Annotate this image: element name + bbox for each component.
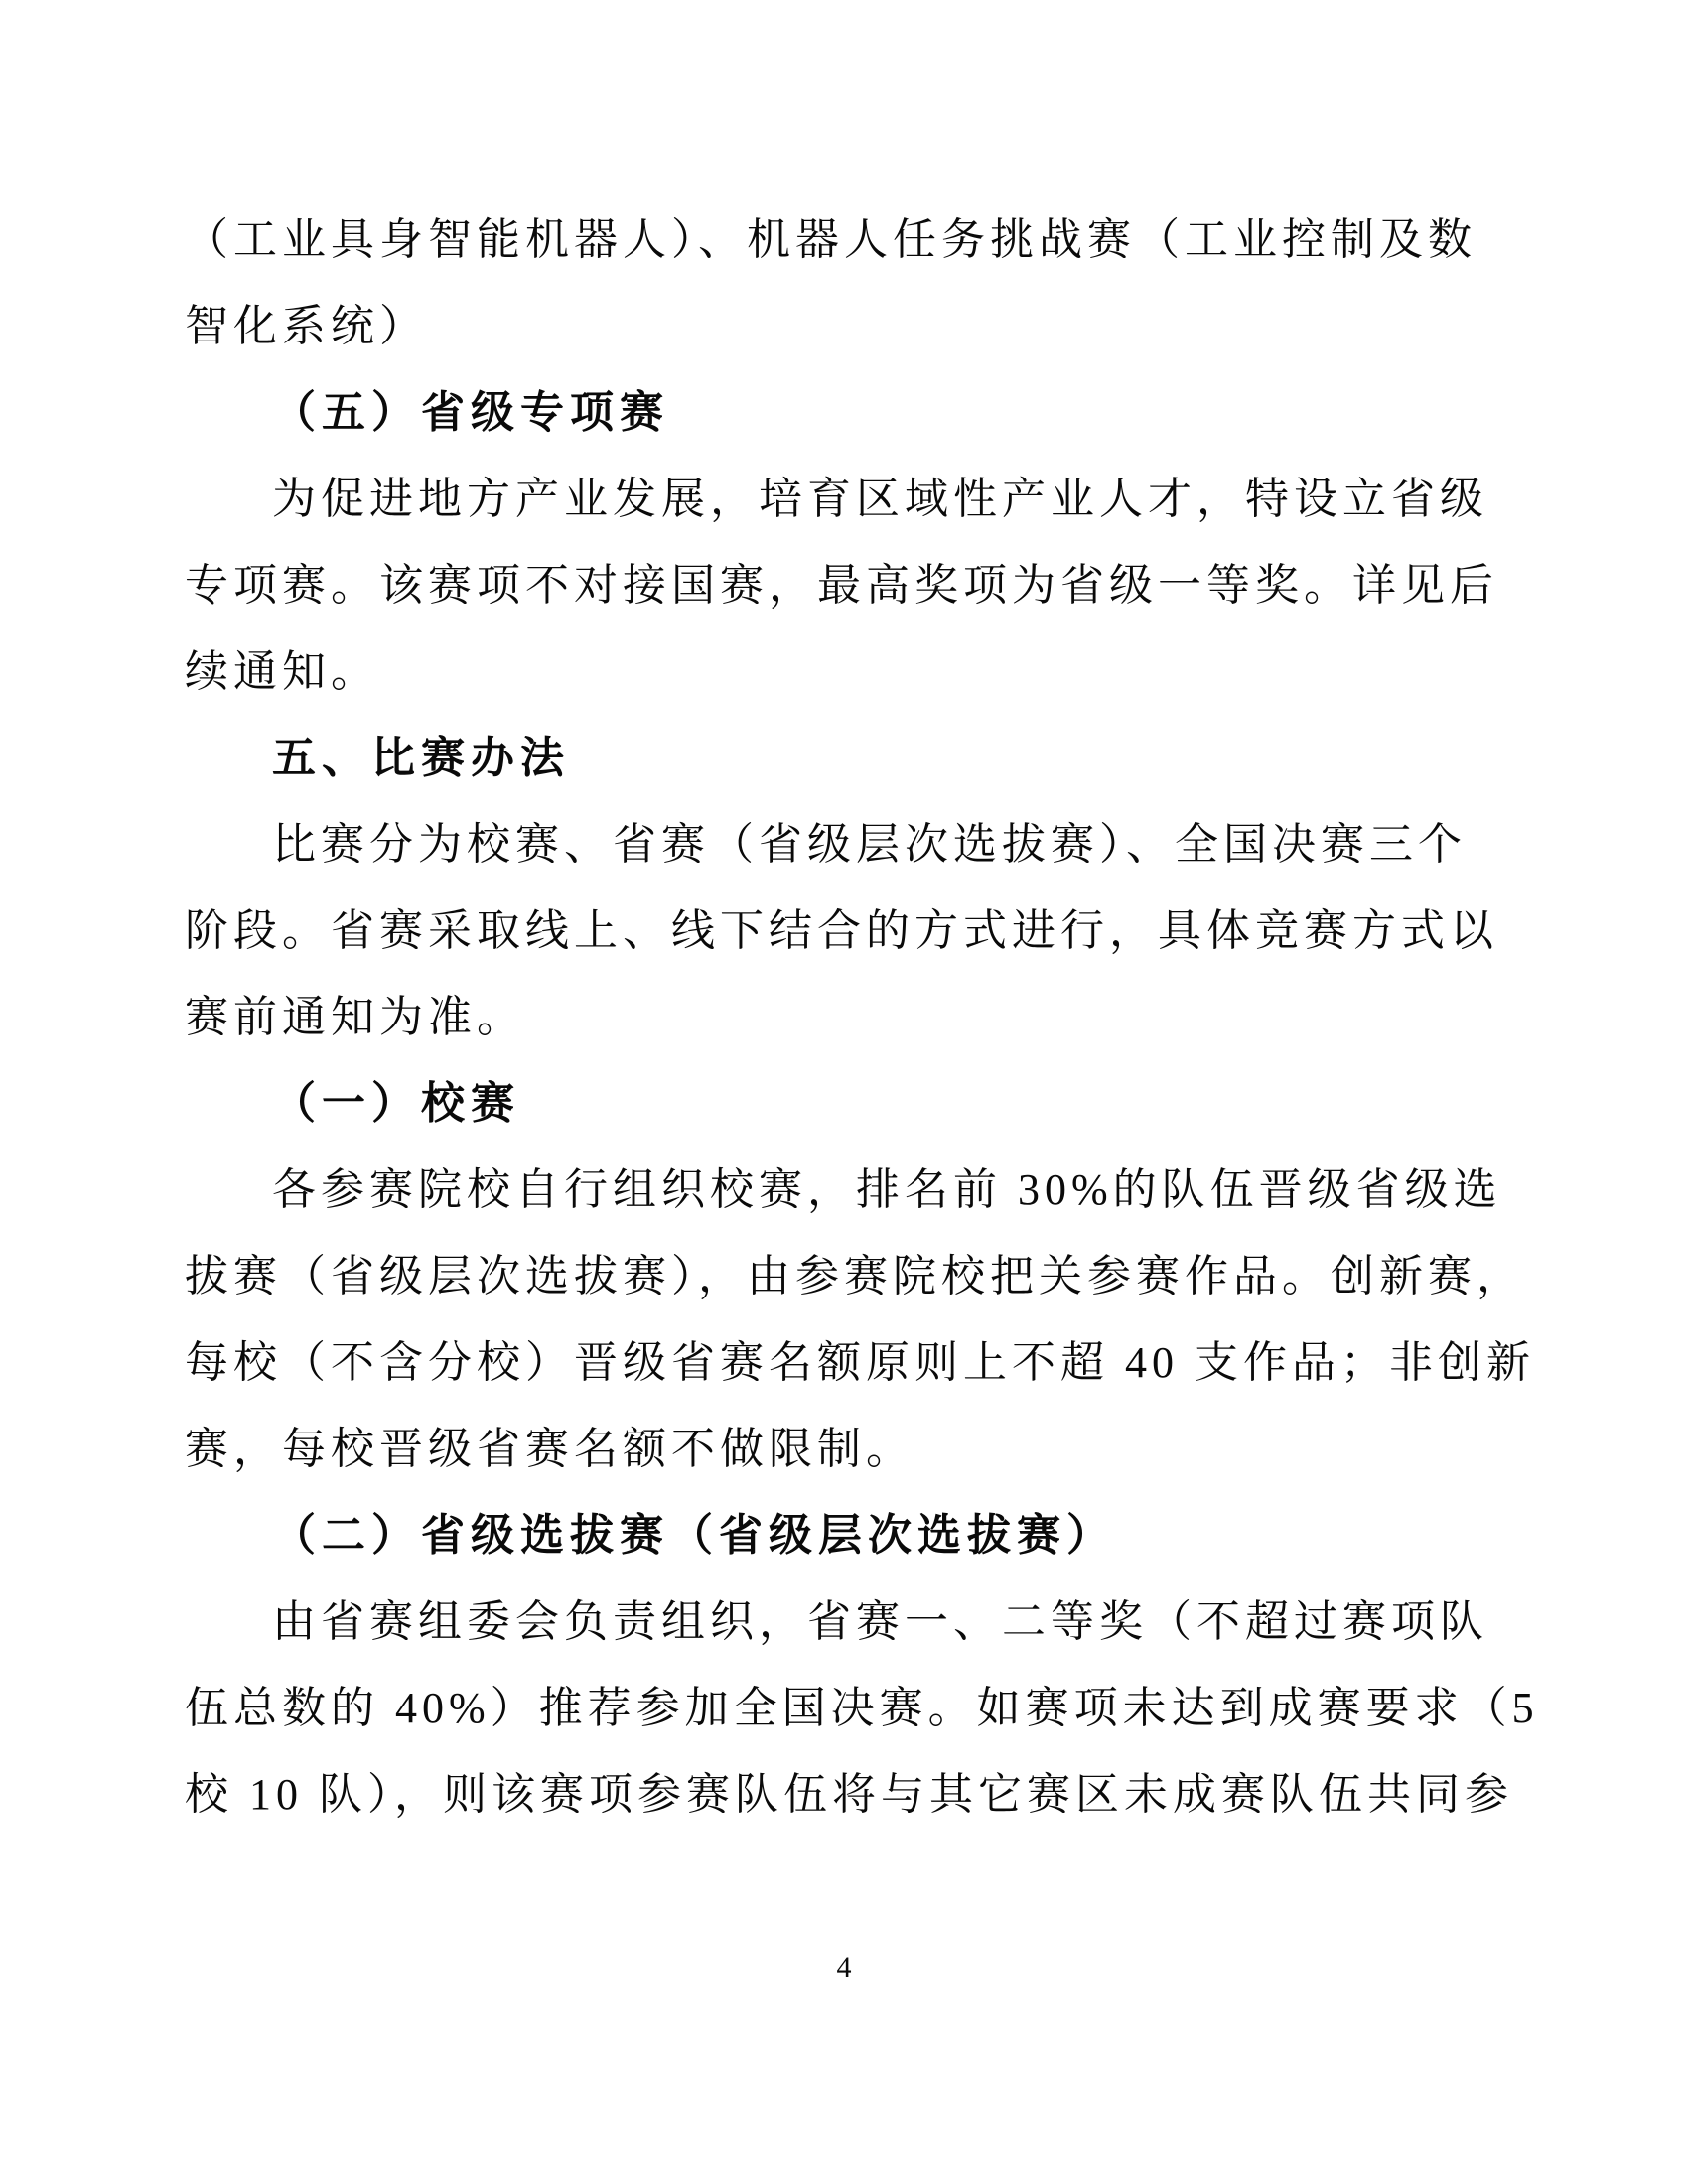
document-page: （工业具身智能机器人）、机器人任务挑战赛（工业控制及数智化系统）（五）省级专项赛…: [0, 0, 1688, 2184]
heading-line: （二）省级选拔赛（省级层次选拔赛）: [185, 1492, 1503, 1578]
text-line: 每校（不含分校）晋级省赛名额原则上不超 40 支作品；非创新: [185, 1319, 1503, 1406]
text-line: 智化系统）: [185, 283, 1503, 369]
text-line: 专项赛。该赛项不对接国赛，最高奖项为省级一等奖。详见后: [185, 542, 1503, 628]
text-line: 比赛分为校赛、省赛（省级层次选拔赛）、全国决赛三个: [185, 801, 1503, 887]
text-line: 续通知。: [185, 628, 1503, 715]
text-line: 阶段。省赛采取线上、线下结合的方式进行，具体竞赛方式以: [185, 887, 1503, 974]
page-number: 4: [0, 1948, 1688, 1987]
text-line: 拔赛（省级层次选拔赛），由参赛院校把关参赛作品。创新赛，: [185, 1233, 1503, 1319]
text-line: 校 10 队），则该赛项参赛队伍将与其它赛区未成赛队伍共同参: [185, 1751, 1503, 1838]
text-line: 伍总数的 40%）推荐参加全国决赛。如赛项未达到成赛要求（5: [185, 1665, 1503, 1751]
text-line: 由省赛组委会负责组织，省赛一、二等奖（不超过赛项队: [185, 1578, 1503, 1665]
text-line: 赛，每校晋级省赛名额不做限制。: [185, 1406, 1503, 1492]
text-line: （工业具身智能机器人）、机器人任务挑战赛（工业控制及数: [185, 197, 1503, 283]
document-body: （工业具身智能机器人）、机器人任务挑战赛（工业控制及数智化系统）（五）省级专项赛…: [185, 197, 1503, 1838]
heading-line: 五、比赛办法: [185, 715, 1503, 801]
heading-line: （五）省级专项赛: [185, 369, 1503, 456]
heading-line: （一）校赛: [185, 1060, 1503, 1147]
text-line: 赛前通知为准。: [185, 974, 1503, 1060]
text-line: 各参赛院校自行组织校赛，排名前 30%的队伍晋级省级选: [185, 1147, 1503, 1233]
text-line: 为促进地方产业发展，培育区域性产业人才，特设立省级: [185, 456, 1503, 542]
